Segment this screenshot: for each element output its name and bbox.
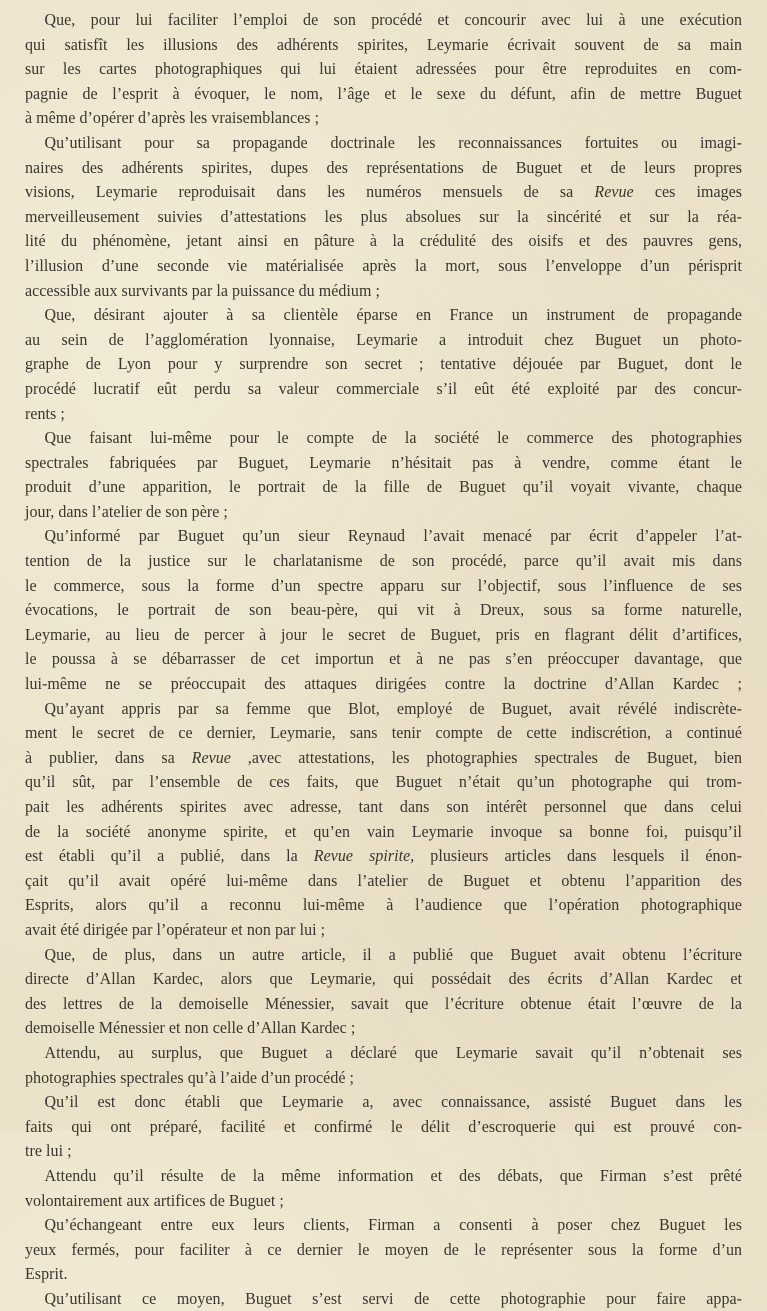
- text-line: accessible aux survivants par la puissan…: [25, 279, 742, 304]
- italic-title: Revue spirite,: [314, 846, 415, 865]
- text-line: pagnie de l’esprit à évoquer, le nom, l’…: [25, 82, 742, 107]
- text-line: qui satisfît les illusions des adhérents…: [25, 33, 742, 58]
- text-line: Esprits, alors qu’il a reconnu lui-même …: [25, 893, 742, 918]
- text-line: Leymarie, au lieu de percer à jour le se…: [25, 623, 742, 648]
- italic-title: Revue: [192, 748, 231, 767]
- text-line: rents ;: [25, 402, 742, 427]
- text-line: jour, dans l’atelier de son père ;: [25, 500, 742, 525]
- text-line: merveilleusement suivies d’attestations …: [25, 205, 742, 230]
- text-line: photographies spectrales qu’à l’aide d’u…: [25, 1066, 742, 1091]
- text-line: demoiselle Ménessier et non celle d’Alla…: [25, 1016, 742, 1041]
- paragraph-first-line: Qu’utilisant pour sa propagande doctrina…: [25, 131, 742, 156]
- paragraph-first-line: Que, de plus, dans un autre article, il …: [25, 943, 742, 968]
- text-line: est établi qu’il a publié, dans la Revue…: [25, 844, 742, 869]
- text-line: naires des adhérents spirites, dupes des…: [25, 156, 742, 181]
- text-line: lui-même ne se préoccupait des attaques …: [25, 672, 742, 697]
- text-line: de la société anonyme spirite, et qu’en …: [25, 820, 742, 845]
- paragraph-first-line: Que faisant lui-même pour le compte de l…: [25, 426, 742, 451]
- text-line: ment le secret de ce dernier, Leymarie, …: [25, 721, 742, 746]
- text-line: à même d’opérer d’après les vraisemblanc…: [25, 106, 742, 131]
- text-segment: est établi qu’il a publié, dans la: [25, 846, 314, 865]
- italic-title: Revue: [594, 182, 633, 201]
- text-line: des lettres de la demoiselle Ménessier, …: [25, 992, 742, 1017]
- paragraph-first-line: Qu’il est donc établi que Leymarie a, av…: [25, 1090, 742, 1115]
- text-line: visions, Leymarie reproduisait dans les …: [25, 180, 742, 205]
- text-line: spectrales fabriquées par Buguet, Leymar…: [25, 451, 742, 476]
- text-line: faits qui ont préparé, facilité et confi…: [25, 1115, 742, 1130]
- text-line: graphe de Lyon pour y surprendre son sec…: [25, 352, 742, 377]
- text-line: produit d’une apparition, le portrait de…: [25, 475, 742, 500]
- paragraph-first-line: Que, pour lui faciliter l’emploi de son …: [25, 8, 742, 33]
- text-line: lité du phénomène, jetant ainsi en pâtur…: [25, 229, 742, 254]
- text-line: l’illusion d’une seconde vie matérialisé…: [25, 254, 742, 279]
- text-segment: visions, Leymarie reproduisait dans les …: [25, 182, 594, 201]
- paragraph-first-line: Qu’ayant appris par sa femme que Blot, e…: [25, 697, 742, 722]
- text-segment: ,avec attestations, les photographies sp…: [231, 748, 742, 767]
- text-line: le poussa à se débarrasser de cet import…: [25, 647, 742, 672]
- document-page: Que, pour lui faciliter l’emploi de son …: [25, 8, 742, 1130]
- text-line: directe d’Allan Kardec, alors que Leymar…: [25, 967, 742, 992]
- text-line: pait les adhérents spirites avec adresse…: [25, 795, 742, 820]
- text-line: le commerce, sous la forme d’un spectre …: [25, 574, 742, 599]
- text-line: tention de la justice sur le charlatanis…: [25, 549, 742, 574]
- text-line: qu’il sût, par l’ensemble de ces faits, …: [25, 770, 742, 795]
- text-line: procédé lucratif eût perdu sa valeur com…: [25, 377, 742, 402]
- text-line: au sein de l’agglomération lyonnaise, Le…: [25, 328, 742, 353]
- text-segment: à publier, dans sa: [25, 748, 192, 767]
- text-line: évocations, le portrait de son beau-père…: [25, 598, 742, 623]
- text-line: avait été dirigée par l’opérateur et non…: [25, 918, 742, 943]
- text-segment: ces images: [634, 182, 742, 201]
- paragraph-first-line: Attendu, au surplus, que Buguet a déclar…: [25, 1041, 742, 1066]
- text-line: sur les cartes photographiques qui lui é…: [25, 57, 742, 82]
- paragraph-first-line: Que, désirant ajouter à sa clientèle épa…: [25, 303, 742, 328]
- text-line: çait qu’il avait opéré lui-même dans l’a…: [25, 869, 742, 894]
- text-segment: plusieurs articles dans lesquels il énon…: [414, 846, 742, 865]
- text-line: à publier, dans sa Revue ,avec attestati…: [25, 746, 742, 771]
- paragraph-first-line: Qu’informé par Buguet qu’un sieur Reynau…: [25, 524, 742, 549]
